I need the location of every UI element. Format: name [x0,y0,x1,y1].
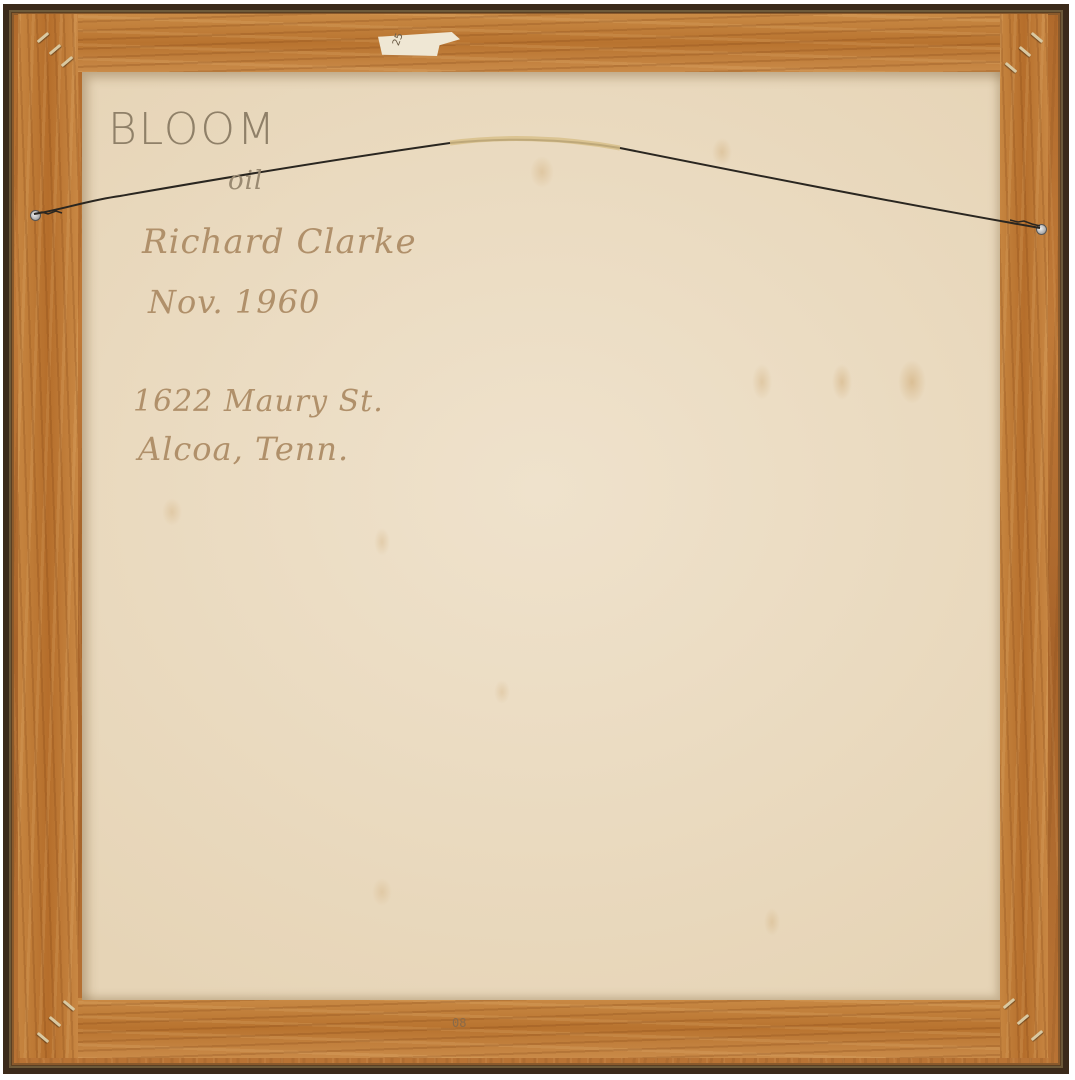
stretcher-rail-bottom [18,998,1048,1058]
stretcher-rail-left [18,14,78,1058]
canvas-back [82,72,1000,1000]
inscription-medium: oil [228,166,263,196]
inscription-address-street: 1622 Maury St. [133,384,384,419]
screw-eye-left-icon [30,210,41,221]
inscription-title: BLOOM [108,104,277,155]
rail-stamp: 08 [452,1016,466,1030]
inscription-address-city: Alcoa, Tenn. [138,430,349,468]
stretcher-rail-right [1000,14,1048,1058]
stretcher-rail-top [18,14,1048,72]
screw-eye-right-icon [1036,224,1047,235]
inscription-date: Nov. 1960 [148,283,320,321]
inscription-artist: Richard Clarke [142,222,417,262]
